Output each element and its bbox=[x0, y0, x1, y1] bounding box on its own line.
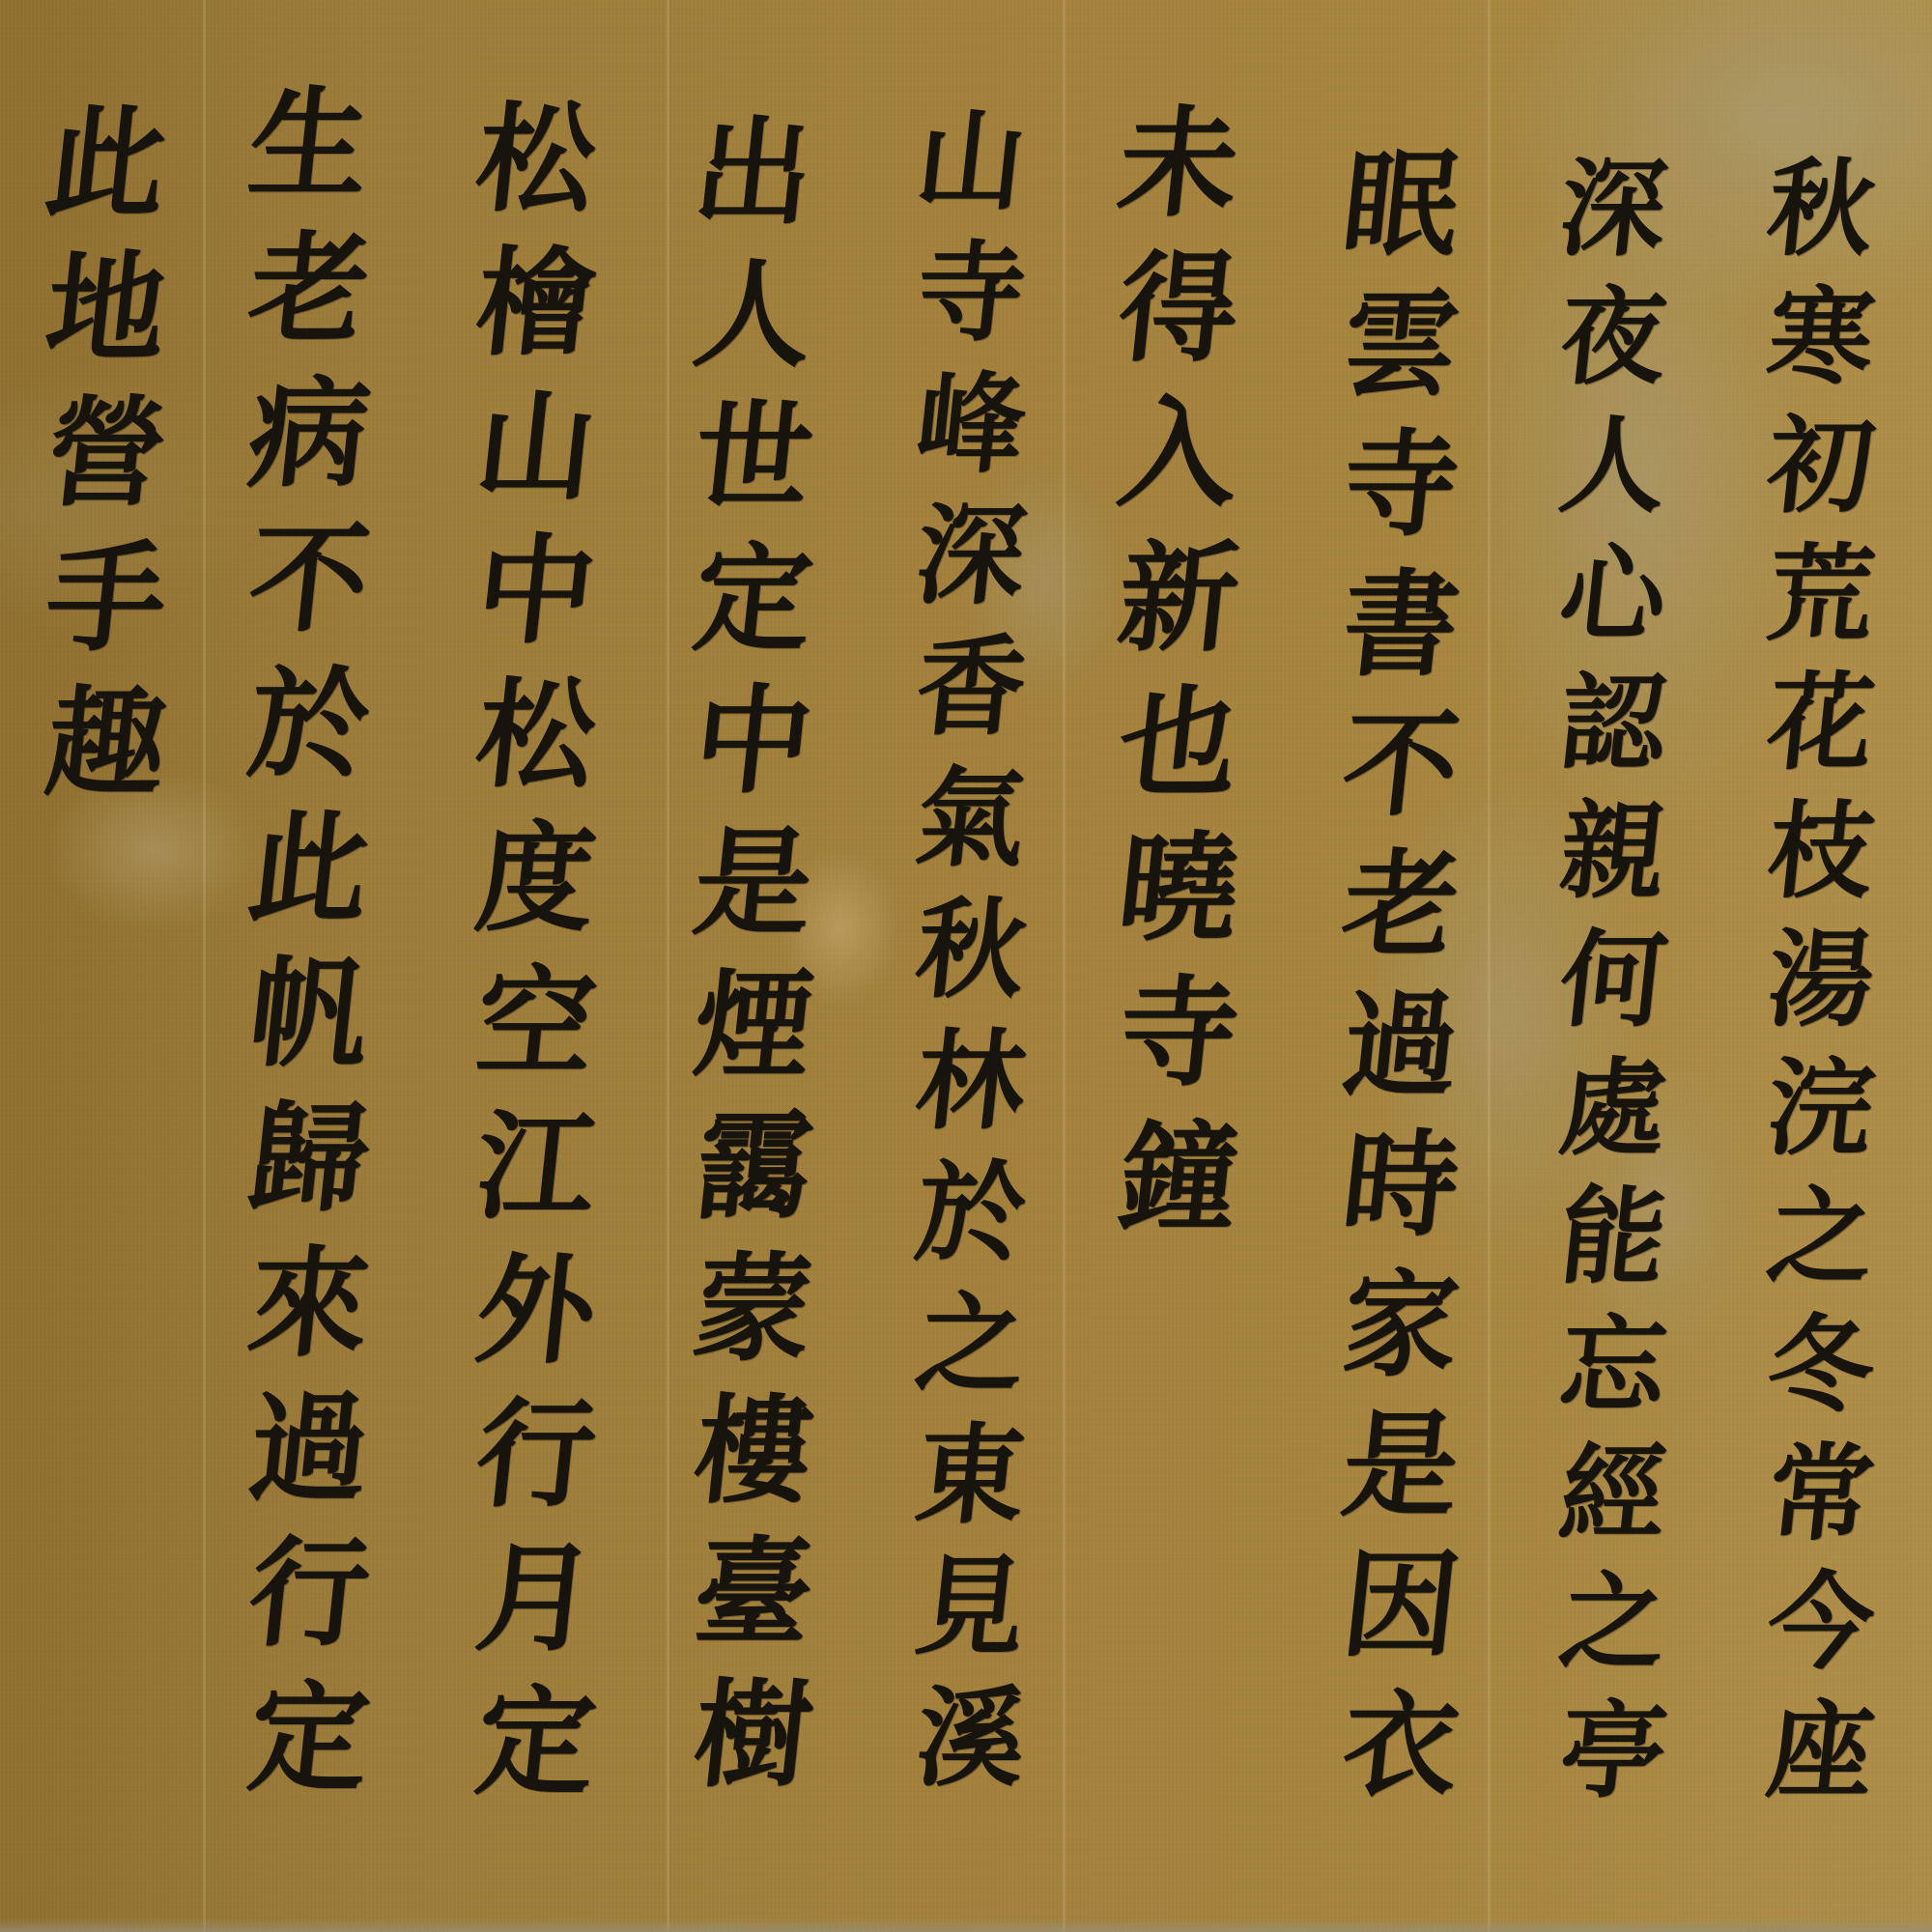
calligraphy-character: 寒 bbox=[1742, 273, 1900, 402]
calligraphy-character: 人 bbox=[1534, 402, 1692, 530]
calligraphy-character: 寺 bbox=[1098, 961, 1259, 1106]
calligraphy-character: 松 bbox=[456, 663, 616, 807]
calligraphy-character: 歸 bbox=[229, 1087, 389, 1232]
calligraphy-character: 山 bbox=[456, 375, 616, 519]
calligraphy-character: 定 bbox=[229, 1666, 389, 1811]
calligraphy-character: 之 bbox=[1534, 1558, 1692, 1687]
calligraphy-character: 心 bbox=[1534, 530, 1692, 659]
calligraphy-character: 不 bbox=[229, 507, 389, 652]
paper-fold-line bbox=[203, 0, 206, 1932]
text-column-4: 未得入新也曉寺鐘 bbox=[1096, 92, 1261, 1251]
calligraphy-character: 是 bbox=[1321, 1396, 1480, 1536]
calligraphy-character: 浣 bbox=[1742, 1044, 1900, 1173]
text-column-3: 眠雲寺書不老過時家是因衣 bbox=[1319, 135, 1483, 1816]
calligraphy-character: 之 bbox=[1742, 1173, 1900, 1301]
calligraphy-character: 雲 bbox=[1321, 275, 1480, 415]
calligraphy-character: 得 bbox=[1098, 237, 1259, 382]
text-column-2: 深夜人心認親何處能忘經之亭 bbox=[1531, 145, 1695, 1815]
calligraphy-character: 趣 bbox=[26, 671, 186, 816]
calligraphy-character: 因 bbox=[1321, 1536, 1480, 1676]
calligraphy-character: 寺 bbox=[1321, 415, 1480, 555]
text-column-5: 山寺峰深香氣秋林於之東見溪 bbox=[889, 97, 1053, 1804]
calligraphy-character: 冬 bbox=[1742, 1301, 1900, 1430]
calligraphy-character: 未 bbox=[1098, 92, 1259, 237]
calligraphy-character: 處 bbox=[1534, 1044, 1692, 1173]
calligraphy-character: 中 bbox=[673, 669, 833, 811]
calligraphy-character: 衣 bbox=[1321, 1676, 1480, 1816]
calligraphy-character: 花 bbox=[1742, 659, 1900, 787]
calligraphy-character: 來 bbox=[229, 1232, 389, 1377]
calligraphy-character: 過 bbox=[1321, 976, 1480, 1116]
calligraphy-character: 夜 bbox=[1534, 273, 1692, 402]
calligraphy-character: 此 bbox=[229, 797, 389, 942]
calligraphy-character: 是 bbox=[673, 811, 833, 953]
calligraphy-character: 枝 bbox=[1742, 787, 1900, 916]
calligraphy-character: 荒 bbox=[1742, 530, 1900, 659]
calligraphy-character: 今 bbox=[1742, 1558, 1900, 1687]
calligraphy-character: 眠 bbox=[1321, 135, 1480, 275]
calligraphy-character: 不 bbox=[1321, 696, 1480, 836]
calligraphy-character: 於 bbox=[229, 652, 389, 797]
calligraphy-character: 秋 bbox=[1742, 145, 1900, 273]
calligraphy-character: 何 bbox=[1534, 916, 1692, 1044]
calligraphy-character: 樓 bbox=[673, 1379, 833, 1521]
calligraphy-character: 江 bbox=[456, 1094, 616, 1238]
calligraphy-character: 於 bbox=[892, 1148, 1050, 1279]
calligraphy-character: 出 bbox=[673, 101, 833, 243]
calligraphy-character: 林 bbox=[892, 1016, 1050, 1148]
calligraphy-character: 地 bbox=[26, 237, 186, 382]
calligraphy-character: 家 bbox=[1321, 1256, 1480, 1396]
calligraphy-character: 山 bbox=[892, 97, 1050, 228]
calligraphy-character: 常 bbox=[1742, 1430, 1900, 1558]
calligraphy-character: 秋 bbox=[892, 885, 1050, 1016]
calligraphy-character: 經 bbox=[1534, 1430, 1692, 1558]
calligraphy-character: 氣 bbox=[892, 753, 1050, 885]
calligraphy-character: 營 bbox=[26, 382, 186, 526]
calligraphy-character: 人 bbox=[673, 243, 833, 385]
calligraphy-character: 靄 bbox=[673, 1095, 833, 1237]
text-column-6: 出人世定中是煙靄蒙樓臺樹 bbox=[671, 101, 836, 1805]
calligraphy-character: 忘 bbox=[1534, 1301, 1692, 1430]
calligraphy-character: 深 bbox=[892, 491, 1050, 622]
text-column-8: 生老病不於此帆歸來過行定 bbox=[227, 72, 391, 1811]
calligraphy-character: 過 bbox=[229, 1377, 389, 1521]
calligraphy-character: 空 bbox=[456, 951, 616, 1094]
text-column-1: 秋寒初荒花枝湯浣之冬常今座 bbox=[1739, 145, 1903, 1815]
calligraphy-character: 此 bbox=[26, 92, 186, 237]
calligraphy-character: 新 bbox=[1098, 526, 1259, 671]
calligraphy-character: 鐘 bbox=[1098, 1106, 1259, 1251]
calligraphy-character: 度 bbox=[456, 807, 616, 951]
calligraphy-character: 香 bbox=[892, 622, 1050, 753]
paper-fold-line bbox=[1488, 0, 1491, 1932]
calligraphy-character: 座 bbox=[1742, 1687, 1900, 1815]
calligraphy-character: 湯 bbox=[1742, 916, 1900, 1044]
paper-fold-line bbox=[667, 0, 669, 1932]
calligraphy-character: 臺 bbox=[673, 1521, 833, 1663]
calligraphy-character: 松 bbox=[456, 87, 616, 231]
calligraphy-character: 世 bbox=[673, 385, 833, 527]
calligraphy-character: 蒙 bbox=[673, 1237, 833, 1379]
calligraphy-character: 能 bbox=[1534, 1173, 1692, 1301]
calligraphy-character: 手 bbox=[26, 526, 186, 671]
calligraphy-character: 也 bbox=[1098, 671, 1259, 816]
calligraphy-character: 入 bbox=[1098, 382, 1259, 526]
calligraphy-character: 曉 bbox=[1098, 816, 1259, 961]
calligraphy-character: 親 bbox=[1534, 787, 1692, 916]
calligraphy-character: 行 bbox=[229, 1521, 389, 1666]
calligraphy-character: 中 bbox=[456, 519, 616, 663]
calligraphy-scroll: 秋寒初荒花枝湯浣之冬常今座深夜人心認親何處能忘經之亭眠雲寺書不老過時家是因衣未得… bbox=[0, 0, 1932, 1932]
calligraphy-character: 老 bbox=[1321, 836, 1480, 976]
calligraphy-character: 寺 bbox=[892, 228, 1050, 359]
calligraphy-character: 外 bbox=[456, 1238, 616, 1382]
calligraphy-character: 書 bbox=[1321, 555, 1480, 696]
calligraphy-character: 初 bbox=[1742, 402, 1900, 530]
calligraphy-character: 老 bbox=[229, 217, 389, 362]
calligraphy-character: 定 bbox=[673, 527, 833, 669]
calligraphy-character: 溪 bbox=[892, 1673, 1050, 1804]
calligraphy-character: 認 bbox=[1534, 659, 1692, 787]
calligraphy-character: 煙 bbox=[673, 953, 833, 1095]
calligraphy-character: 樹 bbox=[673, 1663, 833, 1805]
calligraphy-character: 帆 bbox=[229, 942, 389, 1087]
calligraphy-character: 時 bbox=[1321, 1116, 1480, 1256]
calligraphy-character: 檜 bbox=[456, 231, 616, 375]
calligraphy-character: 峰 bbox=[892, 359, 1050, 491]
paper-fold-line bbox=[1063, 0, 1065, 1932]
calligraphy-character: 深 bbox=[1534, 145, 1692, 273]
text-column-9: 此地營手趣 bbox=[24, 92, 188, 816]
calligraphy-character: 之 bbox=[892, 1279, 1050, 1410]
calligraphy-character: 生 bbox=[229, 72, 389, 217]
calligraphy-character: 行 bbox=[456, 1382, 616, 1526]
calligraphy-character: 病 bbox=[229, 362, 389, 507]
calligraphy-character: 定 bbox=[456, 1670, 616, 1814]
calligraphy-character: 月 bbox=[456, 1526, 616, 1670]
text-column-7: 松檜山中松度空江外行月定 bbox=[454, 87, 618, 1814]
calligraphy-character: 見 bbox=[892, 1542, 1050, 1673]
calligraphy-character: 亭 bbox=[1534, 1687, 1692, 1815]
calligraphy-character: 東 bbox=[892, 1410, 1050, 1542]
